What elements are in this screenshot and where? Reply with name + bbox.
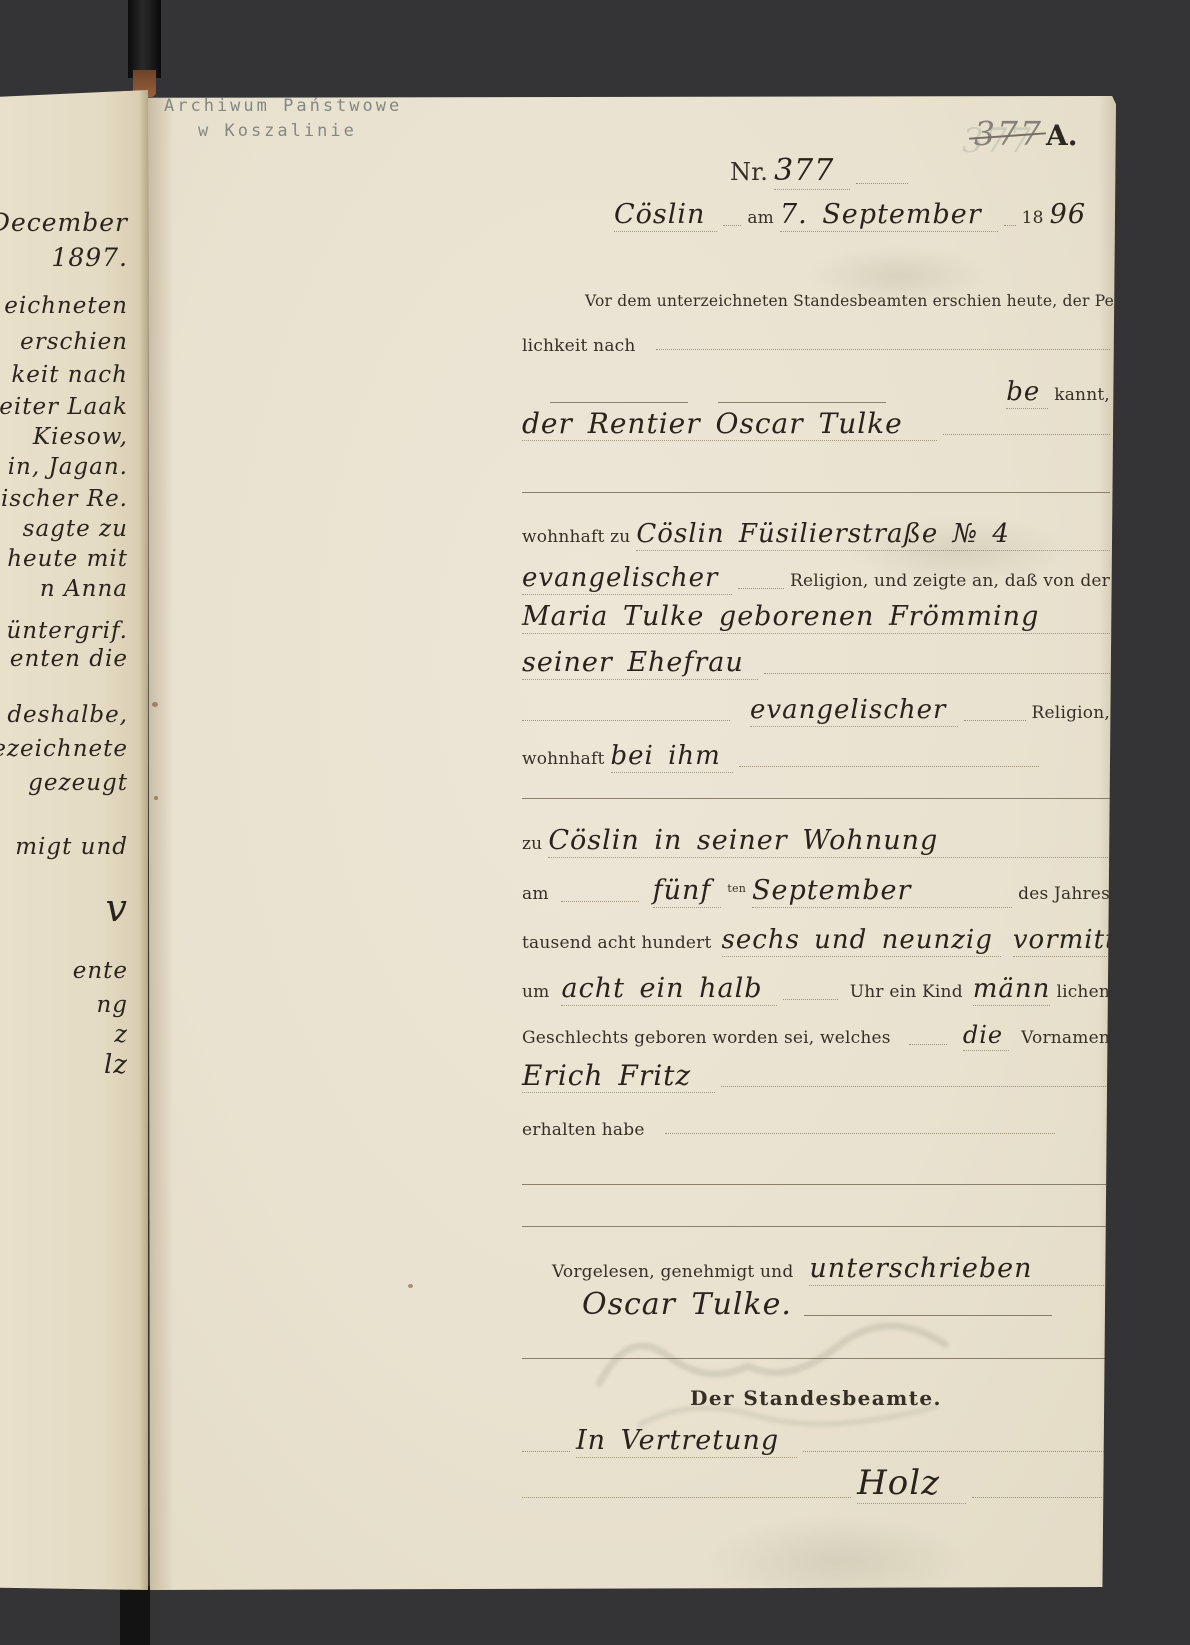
previous-page-text-fragment: migt und [15, 834, 128, 860]
form-row: umacht ein halbUhr ein Kindmännlichen [522, 974, 1110, 1006]
form-row: tausend acht hundertsechs und neunzigvor… [522, 926, 1110, 957]
form-row: evangelischerReligion, und zeigte an, da… [522, 564, 1110, 595]
blank-rule-line [1004, 225, 1016, 226]
printed-form-text: Der Standesbeamte. [690, 1386, 942, 1410]
previous-page-text-fragment: lz [104, 1050, 128, 1080]
printed-form-text: zu [522, 834, 542, 854]
handwritten-entry: September [752, 876, 1012, 908]
form-row [522, 798, 1110, 805]
printed-form-text: kannt, [1054, 385, 1110, 405]
printed-form-text: Uhr ein Kind [850, 982, 963, 1002]
form-row: zuCöslin in seiner Wohnung [522, 826, 1110, 858]
blank-rule-line [522, 1451, 570, 1452]
printed-form-text: des Jahres [1018, 884, 1110, 904]
form-row: In Vertretung [522, 1426, 1110, 1458]
solid-rule-line [522, 1226, 1110, 1227]
binding-seam-shadow [148, 96, 174, 1590]
handwritten-entry: Erich Fritz [522, 1060, 715, 1093]
form-row: Vor dem unterzeichneten Standesbeamten e… [585, 292, 1112, 310]
form-row [522, 492, 1110, 499]
previous-page-text-fragment: enten die [10, 646, 128, 672]
solid-rule-line [550, 402, 688, 403]
form-row: evangelischerReligion, [522, 696, 1110, 727]
paper-speck [408, 1284, 413, 1288]
printed-form-text: Religion, [1032, 703, 1110, 723]
handwritten-entry: acht ein halb [561, 974, 776, 1006]
blank-rule-line [972, 1497, 1110, 1498]
blank-rule-line [721, 1086, 1110, 1087]
blank-rule-line [909, 1044, 947, 1045]
blank-rule-line [964, 720, 1025, 721]
blank-rule-line [522, 720, 730, 721]
page-number-suffix: A. [1046, 119, 1077, 152]
previous-page-text-fragment: keit nach [11, 362, 128, 388]
previous-page-text-fragment: z [114, 1020, 128, 1048]
previous-page-text-fragment: eichneten [4, 293, 128, 319]
handwritten-entry: In Vertretung [576, 1426, 797, 1458]
archival-scan: 7. December1897.eichnetenerschienkeit na… [0, 0, 1190, 1645]
previous-page-text-fragment: 7. December [0, 208, 128, 237]
form-row: amfünftenSeptemberdes Jahres [522, 876, 1110, 908]
form-row: Nr.377 [730, 154, 970, 190]
printed-form-text: um [522, 982, 549, 1002]
handwritten-entry: unterschrieben [809, 1254, 1112, 1286]
handwritten-entry: be [1006, 378, 1048, 409]
printed-form-text: s [1157, 933, 1166, 953]
previous-page-text-fragment: v [106, 886, 128, 930]
handwritten-entry: 96 [1050, 200, 1086, 230]
printed-form-text: Geschlechts geboren worden sei, welches [522, 1028, 891, 1048]
printed-form-text: lichen [1056, 982, 1110, 1002]
handwritten-entry: evangelischer [522, 564, 732, 595]
handwritten-entry: Oscar Tulke. [582, 1288, 792, 1322]
form-row: Holz [522, 1464, 1110, 1504]
printed-form-text: erhalten habe [522, 1120, 645, 1140]
blank-rule-line [803, 1451, 1110, 1452]
form-row: wohnhaftbei ihm [522, 742, 1110, 773]
handwritten-entry: Maria Tulke geborenen Frömming [522, 602, 1110, 634]
printed-form-text: wohnhaft zu [522, 527, 630, 547]
form-row: bekannt, [522, 378, 1110, 409]
form-row [522, 1184, 1110, 1191]
handwritten-entry: Cöslin Füsilierstraße № 4 [636, 520, 1110, 551]
handwritten-entry: Holz [857, 1464, 966, 1504]
printed-form-text: Vor dem unterzeichneten Standesbeamten e… [585, 292, 1163, 310]
printed-form-text: wohnhaft [522, 749, 605, 769]
paper-speck [154, 796, 158, 800]
solid-rule-line [522, 1358, 1110, 1359]
page-number-crossed: 377 [974, 114, 1043, 153]
blank-rule-line [522, 1497, 851, 1498]
previous-page-text-fragment: n Anna [40, 576, 128, 602]
solid-rule-line [522, 492, 1110, 493]
solid-rule-line [804, 1315, 1052, 1316]
form-row: wohnhaft zuCöslin Füsilierstraße № 4 [522, 520, 1110, 551]
handwritten-entry: fünf [653, 876, 722, 908]
blank-rule-line [739, 766, 1039, 767]
printed-form-text: am [747, 208, 774, 228]
form-row: seiner Ehefrau [522, 648, 1110, 680]
handwritten-entry: sechs und neunzig [722, 926, 1001, 957]
previous-page-text-fragment: sagte zu [23, 516, 128, 542]
handwritten-entry: vormittag [1013, 926, 1151, 957]
previous-page-text-fragment: 1897. [51, 243, 128, 272]
form-row: Oscar Tulke. [582, 1288, 1052, 1322]
previous-page-text-fragment: ente [73, 958, 128, 984]
handwritten-entry: die [963, 1022, 1009, 1051]
form-row [522, 1226, 1110, 1233]
printed-form-text: 18 [1022, 208, 1044, 228]
book-spine [120, 1586, 150, 1645]
printed-form-text: ten [727, 882, 746, 895]
archive-watermark-line2: w Koszalinie [198, 121, 357, 141]
archive-watermark-line1: Archiwum Państwowe [164, 96, 402, 116]
printed-form-text: Religion, und zeigte an, daß von der [790, 571, 1110, 591]
previous-page-text-fragment: gezeugt [28, 770, 128, 796]
handwritten-entry: Cöslin [614, 200, 717, 232]
form-row: Geschlechts geboren worden sei, welchesd… [522, 1022, 1110, 1051]
previous-page-text-fragment: eiter Laak [0, 394, 128, 420]
previous-page-text-fragment: üntergrif. [6, 618, 128, 644]
handwritten-entry: der Rentier Oscar Tulke [522, 408, 937, 441]
blank-rule-line [856, 183, 908, 184]
handwritten-entry: 7. September [780, 200, 998, 232]
solid-rule-line [718, 402, 886, 403]
blank-rule-line [943, 434, 1110, 435]
blank-rule-line [783, 999, 838, 1000]
blank-rule-line [561, 901, 639, 902]
previous-page-text-fragment: te deshalbe, [0, 702, 128, 728]
solid-rule-line [522, 1184, 1110, 1185]
printed-form-text: Nr. [730, 158, 768, 186]
form-row: lichkeit nach [522, 336, 1110, 356]
blank-rule-line [764, 673, 1110, 674]
previous-page-text-fragment: elischer Re. [0, 486, 128, 512]
form-row: Der Standesbeamte. [522, 1386, 1110, 1410]
handwritten-entry: evangelischer [750, 696, 958, 727]
blank-rule-line [656, 349, 1110, 350]
printed-form-text: Vorgelesen, genehmigt und [552, 1262, 793, 1282]
previous-page-edge: 7. December1897.eichnetenerschienkeit na… [0, 90, 148, 1590]
handwritten-entry: bei ihm [611, 742, 733, 773]
previous-page-text-fragment: Kiesow, [33, 424, 128, 450]
form-row: erhalten habe [522, 1120, 1110, 1140]
bookmark-ribbon [128, 0, 161, 78]
paper-speck [152, 702, 158, 707]
handwritten-entry: Cöslin in seiner Wohnung [548, 826, 1110, 858]
previous-page-text-fragment: heute mit [7, 546, 128, 572]
previous-page-text-fragment: erschien [20, 329, 128, 355]
previous-page-text-fragment: in, Jagan. [8, 454, 128, 480]
document-page: Nr.377Cöslinam7. September1896Vor dem un… [148, 96, 1116, 1590]
previous-page-text-fragment: ng [96, 992, 128, 1018]
archival-page-number: 377377A. [974, 114, 1077, 153]
ink-bleed-spot [708, 1516, 968, 1606]
handwritten-entry: männ [973, 975, 1051, 1006]
solid-rule-line [522, 798, 1110, 799]
form-row: Cöslinam7. September1896 [614, 200, 1086, 232]
printed-form-text: Vornamen [1021, 1028, 1110, 1048]
form-row: der Rentier Oscar Tulke [522, 408, 1110, 441]
printed-form-text: lichkeit nach [522, 336, 636, 356]
handwritten-entry: seiner Ehefrau [522, 648, 758, 680]
blank-rule-line [738, 588, 784, 589]
printed-form-text: am [522, 884, 549, 904]
printed-form-text: tausend acht hundert [522, 933, 712, 953]
handwritten-entry: 377 [774, 154, 850, 190]
form-row: Maria Tulke geborenen Frömming [522, 602, 1110, 634]
blank-rule-line [665, 1133, 1055, 1134]
form-row: Erich Fritz [522, 1060, 1110, 1093]
blank-rule-line [723, 225, 741, 226]
form-row: Vorgelesen, genehmigt undunterschrieben [552, 1254, 1112, 1286]
form-row [522, 1358, 1110, 1365]
previous-page-text-fragment: bezeichnete [0, 736, 128, 762]
